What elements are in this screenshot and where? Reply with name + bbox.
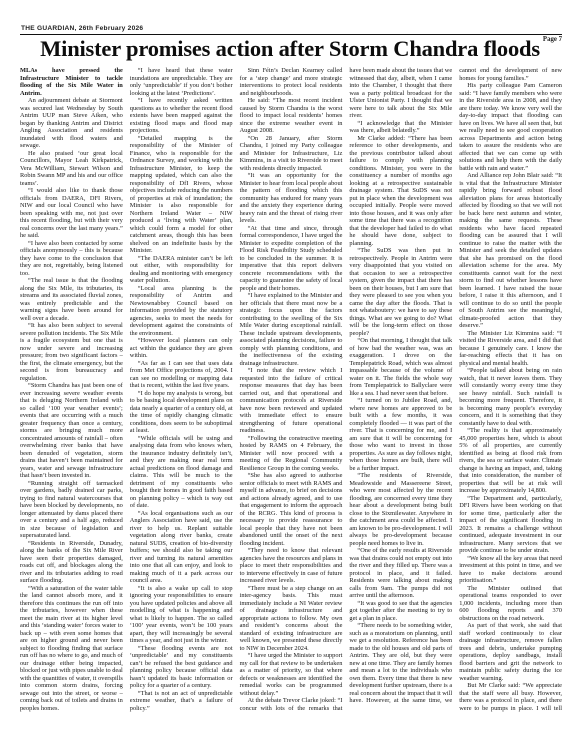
article-paragraph: “I have heard that these water inundatio…: [130, 67, 233, 97]
article-paragraph: “On that morning, I thought that talk of…: [349, 337, 452, 397]
article-paragraph: “We know all the key areas that need inv…: [459, 555, 562, 585]
article-columns: MLAs have pressed the Infrastructure Min…: [20, 67, 562, 719]
article-paragraph: “The real issue is that the flooding alo…: [20, 277, 123, 322]
article-paragraph: “I have urged the Minister to support my…: [240, 652, 343, 697]
article-paragraph: “Residents in Riverside, Dunadry, along …: [20, 540, 123, 585]
article-paragraph: “People talked about being on rain watch…: [459, 367, 562, 427]
article-paragraph: “Running straight off tarmacked over gar…: [20, 480, 123, 540]
masthead-rule: [20, 34, 562, 35]
article-paragraph: “I would also like to thank those offici…: [20, 187, 123, 240]
article-paragraph: “Following the constructive meeting host…: [240, 435, 343, 473]
article-paragraph: “These flooding events are not ‘unpredic…: [130, 645, 233, 690]
article-paragraph: “I note that the review which I requeste…: [240, 367, 343, 435]
article-paragraph: He also praised ‘our great local Council…: [20, 150, 123, 188]
article-paragraph: “The reality is that approximately 45,00…: [459, 427, 562, 495]
article-paragraph: “I have also been contacted by some offi…: [20, 240, 123, 278]
article-paragraph: An adjournment debate at Stormont was se…: [20, 97, 123, 150]
newspaper-page: THE GUARDIAN, 26th February 2026 Page 7 …: [0, 0, 580, 737]
article-paragraph: The Minister outlined that operational t…: [459, 585, 562, 623]
article-paragraph: “As far as I can see that uses data from…: [130, 360, 233, 390]
article-paragraph: “On 28 January, after Storm Chandra, I j…: [240, 135, 343, 173]
article-paragraph: And Alliance rep John Blair said: “It is…: [459, 172, 562, 330]
article-paragraph: “The DAERA minister can’t be left out ei…: [130, 255, 233, 285]
article-paragraph: “However local planners can only act wit…: [130, 337, 233, 360]
article-paragraph: “At that time and since, through formal …: [240, 225, 343, 293]
article-paragraph: Sinn Féin’s Declan Kearney called for a …: [240, 67, 343, 97]
article-paragraph: “I turned on to Jubilee Road, and, where…: [349, 397, 452, 472]
article-paragraph: The Minister Liz Kimmins said: “I visite…: [459, 330, 562, 368]
article-paragraph: “Local area planning is the responsibili…: [130, 285, 233, 338]
article-paragraph: “As local organisations such as our Angl…: [130, 510, 233, 585]
article-paragraph: “They need to know that relevant agencie…: [240, 547, 343, 585]
article-paragraph: “It was good to see that the agencies go…: [349, 600, 452, 623]
article-paragraph: “While officials will be using and analy…: [130, 435, 233, 510]
article-paragraph: “I have recently asked written questions…: [130, 97, 233, 135]
headline: Minister promises action after Storm Cha…: [0, 36, 580, 62]
article-paragraph: “I have explained to the Minister and he…: [240, 292, 343, 367]
article-paragraph: “I acknowledge that the Minister was the…: [349, 120, 452, 135]
article-paragraph: Mr Clarke added: “There has been referen…: [349, 135, 452, 248]
article-paragraph: “It was an opportunity for the Minister …: [240, 172, 343, 225]
article-paragraph: He said: “The most recent incident cause…: [240, 97, 343, 135]
article-paragraph: “One of the early results at Riverside w…: [349, 547, 452, 600]
article-paragraph: “The residents of Riverside, Meadowside …: [349, 472, 452, 547]
article-paragraph: “Storm Chandra has just been one of ever…: [20, 382, 123, 480]
article-paragraph: “That is not an act of unpredictable ext…: [130, 690, 233, 713]
article-paragraph: As part of that work, she said that staf…: [459, 622, 562, 682]
article-paragraph: “Detailed mapping is the responsibility …: [130, 135, 233, 255]
article-paragraph: “There must be a step change on an inter…: [240, 585, 343, 653]
article-paragraph: His party colleague Pam Cameron said: “I…: [459, 82, 562, 172]
article-paragraph: “It has also been subject to several sev…: [20, 322, 123, 382]
masthead-title: THE GUARDIAN, 26th February 2026: [21, 25, 143, 32]
article-paragraph: “It is also a wake up call to stop ignor…: [130, 585, 233, 645]
article-paragraph: “The SuDS was then put in retrospectivel…: [349, 247, 452, 337]
article-paragraph: “The Department and, particularly, DFI R…: [459, 495, 562, 555]
article-paragraph: “She has also agreed to authorise senior…: [240, 472, 343, 547]
article-paragraph: “With a saturation of the water table th…: [20, 585, 123, 713]
article-paragraph: “I do hope my analysis is wrong, but to …: [130, 390, 233, 435]
article-paragraph: MLAs have pressed the Infrastructure Min…: [20, 67, 123, 97]
